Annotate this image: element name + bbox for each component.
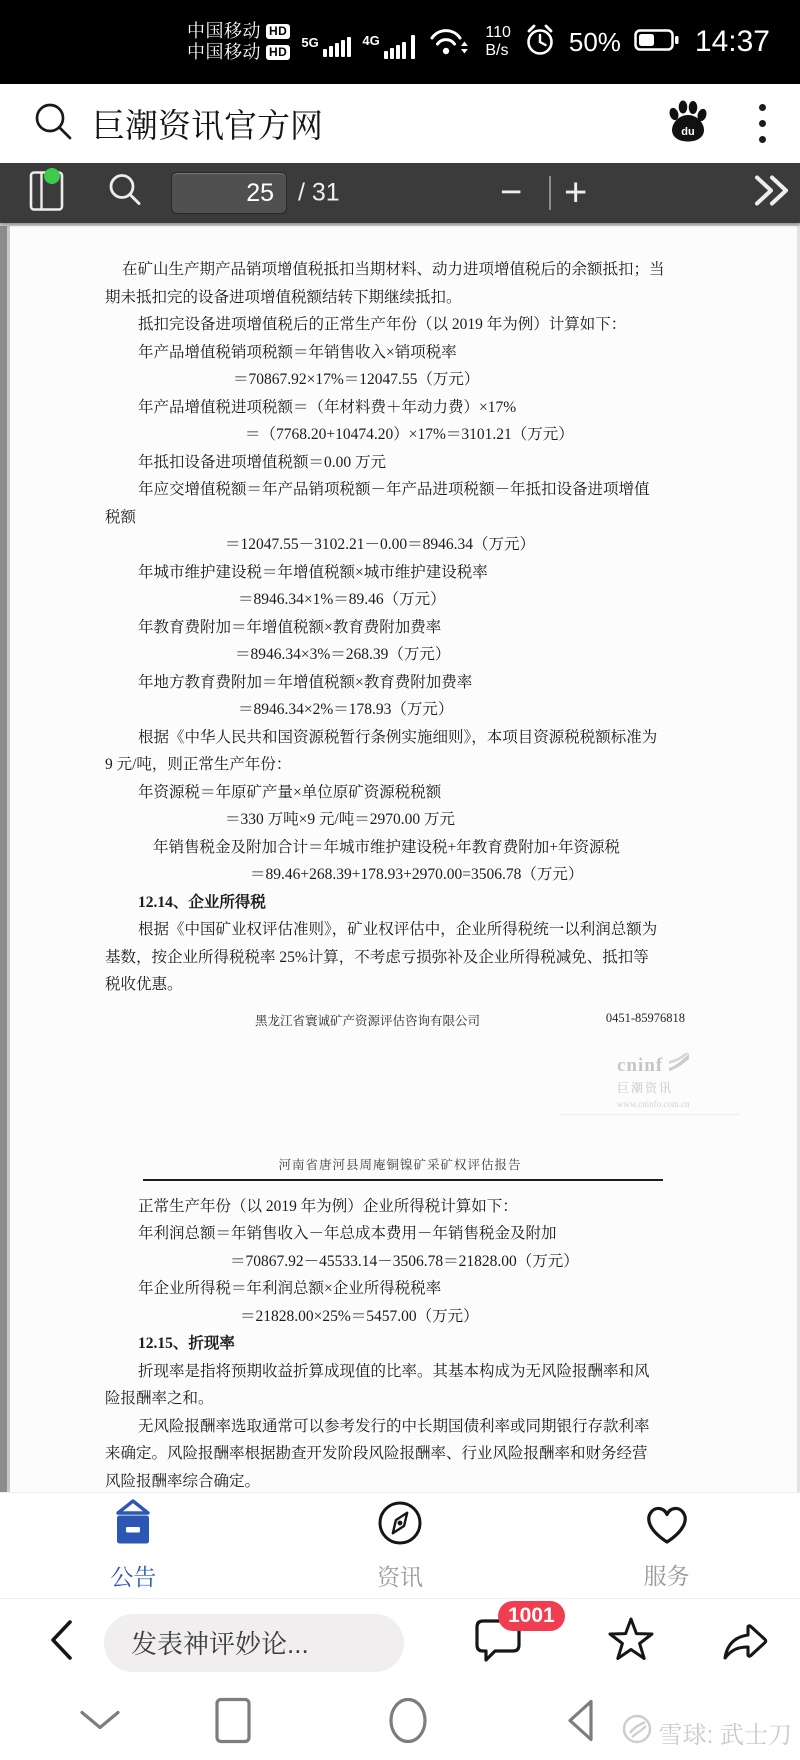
overflow-menu-icon[interactable] xyxy=(759,104,766,143)
signal-bars-icon-4g: 4G xyxy=(364,25,415,59)
battery-percent: 50% xyxy=(569,27,621,58)
bottom-nav: 公告 资讯 服务 xyxy=(0,1492,800,1598)
doc-line: 抵扣完设备进项增值税后的正常生产年份（以 2019 年为例）计算如下： xyxy=(105,311,670,339)
cninfo-watermark: cninf 巨潮资讯 www.cninfo.com.cn xyxy=(617,1052,739,1115)
signal-bars-icon-5g: 5G xyxy=(303,27,351,57)
comment-input[interactable]: 发表神评妙论... xyxy=(104,1614,404,1672)
doc-line: ＝8946.34×2%＝178.93（万元） xyxy=(105,696,670,724)
star-icon[interactable] xyxy=(606,1616,656,1669)
toolbar-divider xyxy=(549,176,551,210)
comment-bar: 发表神评妙论... 1001 xyxy=(0,1598,800,1686)
circle-home-icon[interactable] xyxy=(386,1696,430,1751)
doc-line: 正常生产年份（以 2019 年为例）企业所得税计算如下： xyxy=(105,1193,670,1221)
doc-line: 基数，按企业所得税税率 25%计算，不考虑亏损弥补及企业所得税减免、抵扣等 xyxy=(105,944,670,972)
page-25-footer: 黑龙江省寰诚矿产资源评估咨询有限公司 0451-85976818 xyxy=(0,1011,800,1029)
xueqiu-watermark: 雪球: 武士刀 xyxy=(621,1713,792,1752)
doc-line: ＝（7768.20+10474.20）×17%＝3101.21（万元） xyxy=(105,421,670,449)
page-left-edge-shadow xyxy=(7,226,10,1492)
doc-line: ＝8946.34×3%＝268.39（万元） xyxy=(105,641,670,669)
doc-line: 折现率是指将预期收益折算成现值的比率。其基本构成为无风险报酬率和风 xyxy=(105,1358,670,1386)
doc-line: 在矿山生产期产品销项增值税抵扣当期材料、动力进项增值税后的余额抵扣；当 xyxy=(105,256,670,284)
doc-line: 年应交增值税额＝年产品销项税额－年产品进项税额－年抵扣设备进项增值 xyxy=(105,476,670,504)
share-icon[interactable] xyxy=(718,1616,770,1669)
document-search-icon[interactable] xyxy=(106,172,144,215)
snowball-logo-icon xyxy=(621,1713,653,1752)
doc-line: 12.15、折现率 xyxy=(105,1330,670,1358)
hd-badge: HD xyxy=(266,24,290,39)
battery-icon xyxy=(634,28,680,57)
double-chevron-right-icon[interactable] xyxy=(752,174,792,213)
doc-line: 年销售税金及附加合计＝年城市维护建设税+年教育费附加+年资源税 xyxy=(105,834,670,862)
doc-line: 根据《中华人民共和国资源税暂行条例实施细则》，本项目资源税税额标准为 xyxy=(105,724,670,752)
zoom-in-button[interactable]: + xyxy=(564,171,587,216)
page-number-input[interactable]: 25 xyxy=(171,172,287,214)
triangle-back-icon[interactable] xyxy=(563,1697,597,1750)
pdf-toolbar: 25 / 31 − + xyxy=(0,163,800,223)
doc-line: 年城市维护建设税＝年增值税额×城市维护建设税率 xyxy=(105,559,670,587)
footer-company: 黑龙江省寰诚矿产资源评估咨询有限公司 xyxy=(255,1011,480,1029)
doc-line: 期未抵扣完的设备进项增值税额结转下期继续抵扣。 xyxy=(105,284,670,312)
zoom-out-button[interactable]: − xyxy=(500,172,522,215)
doc-line: 年抵扣设备进项增值税额＝0.00 万元 xyxy=(105,449,670,477)
doc-line: 根据《中国矿业权评估准则》，矿业权评估中，企业所得税统一以利润总额为 xyxy=(105,916,670,944)
network-speed: 110 B/s xyxy=(485,24,511,60)
page-title: 巨潮资讯官方网 xyxy=(92,100,665,147)
nav-label: 公告 xyxy=(110,1559,156,1592)
doc-line: ＝330 万吨×9 元/吨＝2970.00 万元 xyxy=(105,806,670,834)
doc-line: ＝70867.92×17%＝12047.55（万元） xyxy=(105,366,670,394)
compass-icon xyxy=(376,1499,424,1552)
nav-label: 服务 xyxy=(644,1558,690,1591)
alarm-clock-icon xyxy=(524,23,556,62)
status-bar: 中国移动HD 中国移动HD 5G 4G 110 B/s 50% 14:37 xyxy=(0,0,800,84)
page-total-label: / 31 xyxy=(298,179,340,208)
baidu-paw-icon[interactable]: du xyxy=(665,98,711,149)
doc-line: ＝21828.00×25%＝5457.00（万元） xyxy=(105,1303,670,1331)
comments-button[interactable]: 1001 xyxy=(472,1615,524,1670)
doc-line: ＝12047.55－3102.21－0.00＝8946.34（万元） xyxy=(105,531,670,559)
doc-line: 风险报酬率综合确定。 xyxy=(105,1468,670,1493)
footer-phone: 0451-85976818 xyxy=(606,1011,685,1029)
doc-line: 12.14、企业所得税 xyxy=(105,889,670,917)
doc-line: 年利润总额＝年销售收入－年总成本费用－年销售税金及附加 xyxy=(105,1220,670,1248)
doc-line: ＝70867.92－45533.14－3506.78＝21828.00（万元） xyxy=(105,1248,670,1276)
doc-line: 9 元/吨，则正常生产年份： xyxy=(105,751,670,779)
clock-time: 14:37 xyxy=(695,25,770,59)
doc-line: 年资源税＝年原矿产量×单位原矿资源税税额 xyxy=(105,779,670,807)
carrier-info: 中国移动HD 中国移动HD xyxy=(187,21,290,63)
document-viewer[interactable]: 在矿山生产期产品销项增值税抵扣当期材料、动力进项增值税后的余额抵扣；当期未抵扣完… xyxy=(0,223,800,1492)
android-nav: 雪球: 武士刀 xyxy=(0,1686,800,1760)
cninfo-logo-icon xyxy=(666,1052,692,1080)
doc-line: 险报酬率之和。 xyxy=(105,1385,670,1413)
doc-line: 年产品增值税进项税额＝（年材料费＋年动力费）×17% xyxy=(105,394,670,422)
comment-count-badge: 1001 xyxy=(498,1601,565,1631)
chevron-down-icon[interactable] xyxy=(77,1709,123,1738)
doc-line: ＝8946.34×1%＝89.46（万元） xyxy=(105,586,670,614)
doc-line: 税额 xyxy=(105,504,670,532)
nav-item-announcements[interactable]: 公告 xyxy=(63,1499,203,1592)
doc-line: 年企业所得税＝年利润总额×企业所得税税率 xyxy=(105,1275,670,1303)
heart-icon xyxy=(642,1500,692,1551)
doc-line: 税收优惠。 xyxy=(105,971,670,999)
nav-item-news[interactable]: 资讯 xyxy=(330,1499,470,1592)
square-recents-icon[interactable] xyxy=(214,1697,252,1750)
doc-line: 年地方教育费附加＝年增值税额×教育费附加费率 xyxy=(105,669,670,697)
wifi-icon xyxy=(428,25,472,60)
back-chevron-icon[interactable] xyxy=(48,1618,74,1667)
doc-line: 年产品增值税销项税额＝年销售收入×销项税率 xyxy=(105,339,670,367)
page-26-content: 正常生产年份（以 2019 年为例）企业所得税计算如下：年利润总额＝年销售收入－… xyxy=(0,1181,800,1493)
page-left-edge xyxy=(0,226,7,1492)
search-icon[interactable] xyxy=(32,100,74,147)
app-header: 巨潮资讯官方网 du xyxy=(0,84,800,163)
nav-label: 资讯 xyxy=(377,1559,423,1592)
doc-line: ＝89.46+268.39+178.93+2970.00=3506.78（万元） xyxy=(105,861,670,889)
doc-line: 年教育费附加＝年增值税额×教育费附加费率 xyxy=(105,614,670,642)
notification-dot xyxy=(44,168,60,184)
announcement-icon xyxy=(107,1499,159,1552)
doc-line: 无风险报酬率选取通常可以参考发行的中长期国债利率或同期银行存款利率 xyxy=(105,1413,670,1441)
nav-item-services[interactable]: 服务 xyxy=(597,1500,737,1591)
doc-line: 来确定。风险报酬率根据勘查开发阶段风险报酬率、行业风险报酬率和财务经营 xyxy=(105,1440,670,1468)
page-26-header: 河南省唐河县周庵铜镍矿采矿权评估报告 xyxy=(0,1155,800,1173)
page-25-content: 在矿山生产期产品销项增值税抵扣当期材料、动力进项增值税后的余额抵扣；当期未抵扣完… xyxy=(0,226,800,999)
svg-text:du: du xyxy=(681,126,694,138)
hd-badge: HD xyxy=(266,45,290,60)
phone-screen: 中国移动HD 中国移动HD 5G 4G 110 B/s 50% 14:37 xyxy=(0,0,800,1760)
